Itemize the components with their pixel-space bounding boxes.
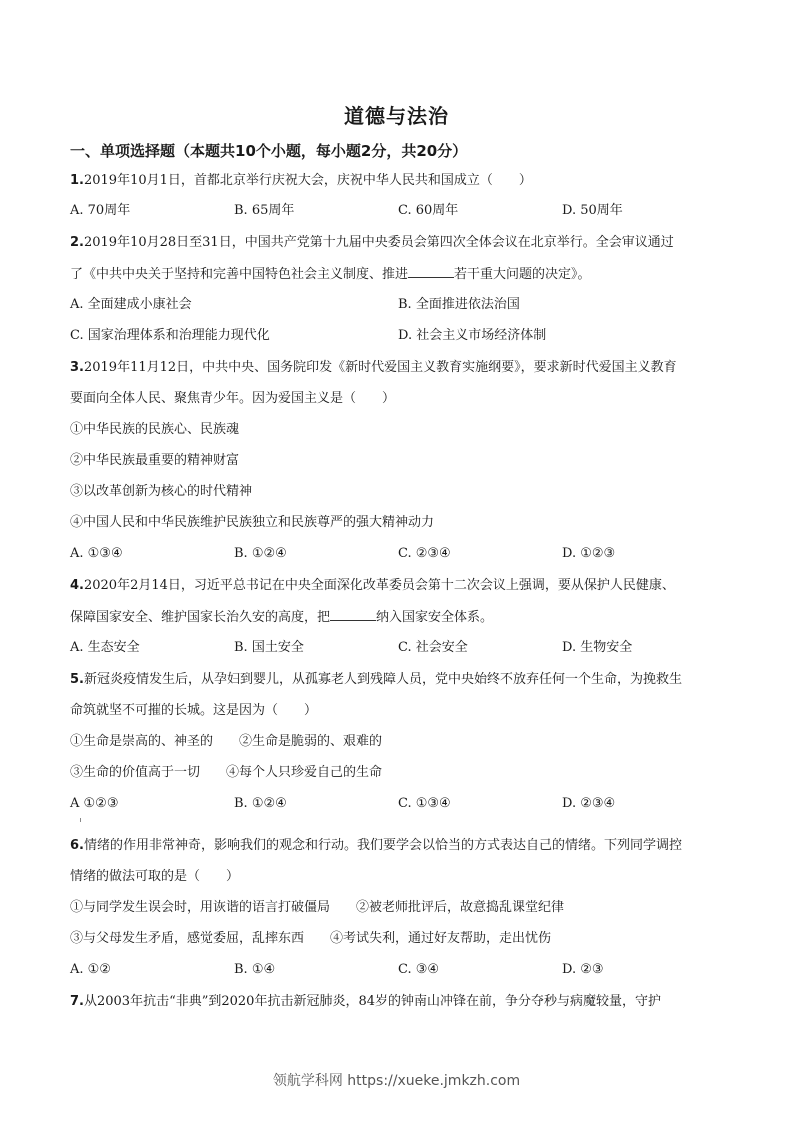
question-1-line-1: 1.2019年10月1日，首都北京举行庆祝大会，庆祝中华人民共和国成立（ ） <box>70 172 532 190</box>
question-3-line-1: 3.2019年11月12日，中共中央、国务院印发《新时代爱国主义教育实施纲要》，… <box>70 359 677 377</box>
q2-option-b: B. 全面推进依法治国 <box>398 296 520 314</box>
question-text: 2019年10月28日至31日，中国共产党第十九届中央委员会第四次全体会议在北京… <box>84 235 674 250</box>
question-text: 纳入国家安全体系。 <box>376 610 493 625</box>
q3-statement-1: ①中华民族的民族心、民族魂 <box>70 421 239 439</box>
q3-option-b: B. ①②④ <box>234 545 287 563</box>
question-text: 新冠炎疫情发生后，从孕妇到婴儿，从孤寡老人到残障人员，党中央始终不放弃任何一个生… <box>84 672 682 687</box>
question-number: 2. <box>70 235 84 250</box>
q4-option-a: A. 生态安全 <box>70 639 140 657</box>
question-text: 了《中共中央关于坚持和完善中国特色社会主义制度、推进 <box>70 267 408 282</box>
question-6-line-1: 6.情绪的作用非常神奇，影响我们的观念和行动。我们要学会以恰当的方式表达自己的情… <box>70 837 682 855</box>
q6-option-b: B. ①④ <box>234 961 275 979</box>
q3-statement-3: ③以改革创新为核心的时代精神 <box>70 483 252 501</box>
question-text: 若干重大问题的决定》。 <box>454 267 591 282</box>
document-page: 道德与法治 一、单项选择题（本题共10个小题，每小题2分，共20分） 1.201… <box>0 0 793 1122</box>
question-number: 5. <box>70 672 84 687</box>
question-number: 7. <box>70 994 84 1009</box>
document-title: 道德与法治 <box>0 100 793 129</box>
question-number: 1. <box>70 173 84 188</box>
question-6-line-2: 情绪的做法可取的是（ ） <box>70 868 239 886</box>
q3-option-c: C. ②③④ <box>398 545 451 563</box>
question-5-line-1: 5.新冠炎疫情发生后，从孕妇到婴儿，从孤寡老人到残障人员，党中央始终不放弃任何一… <box>70 671 682 689</box>
q5-option-a: A ①②③ <box>70 795 118 813</box>
q6-option-a: A. ①② <box>70 961 111 979</box>
q4-option-d: D. 生物安全 <box>562 639 632 657</box>
question-text: 2019年11月12日，中共中央、国务院印发《新时代爱国主义教育实施纲要》，要求… <box>84 360 677 375</box>
q5-statement-2: ③生命的价值高于一切 ④每个人只珍爱自己的生命 <box>70 764 382 782</box>
fill-blank <box>408 265 454 278</box>
question-text: 保障国家安全、维护国家长治久安的高度，把 <box>70 610 330 625</box>
fill-blank <box>330 608 376 621</box>
q6-option-d: D. ②③ <box>562 961 604 979</box>
q3-statement-2: ②中华民族最重要的精神财富 <box>70 452 239 470</box>
q2-option-c: C. 国家治理体系和治理能力现代化 <box>70 327 270 345</box>
q1-option-d: D. 50周年 <box>562 202 623 220</box>
q6-statement-2: ③与父母发生矛盾，感觉委屈，乱摔东西 ④考试失利，通过好友帮助，走出忧伤 <box>70 930 551 948</box>
question-3-line-2: 要面向全体人民、聚焦青少年。因为爱国主义是（ ） <box>70 390 395 408</box>
q1-option-a: A. 70周年 <box>70 202 130 220</box>
question-2-line-2: 了《中共中央关于坚持和完善中国特色社会主义制度、推进若干重大问题的决定》。 <box>70 265 591 284</box>
q5-statement-1: ①生命是崇高的、神圣的 ②生命是脆弱的、艰难的 <box>70 733 382 751</box>
question-7-line-1: 7.从2003年抗击“非典”到2020年抗击新冠肺炎，84岁的钟南山冲锋在前，争… <box>70 993 661 1011</box>
q3-option-d: D. ①②③ <box>562 545 615 563</box>
question-4-line-2: 保障国家安全、维护国家长治久安的高度，把纳入国家安全体系。 <box>70 608 493 627</box>
question-text: 从2003年抗击“非典”到2020年抗击新冠肺炎，84岁的钟南山冲锋在前，争分夺… <box>84 994 661 1009</box>
q6-statement-1: ①与同学发生误会时，用诙谐的语言打破僵局 ②被老师批评后，故意捣乱课堂纪律 <box>70 899 564 917</box>
question-text: 情绪的作用非常神奇，影响我们的观念和行动。我们要学会以恰当的方式表达自己的情绪。… <box>84 838 682 853</box>
question-text: 2020年2月14日，习近平总书记在中央全面深化改革委员会第十二次会议上强调，要… <box>84 578 675 593</box>
question-2-line-1: 2.2019年10月28日至31日，中国共产党第十九届中央委员会第四次全体会议在… <box>70 234 674 252</box>
section-heading: 一、单项选择题（本题共10个小题，每小题2分，共20分） <box>70 140 467 161</box>
q5-option-b: B. ①②④ <box>234 795 287 813</box>
q3-statement-4: ④中国人民和中华民族维护民族独立和民族尊严的强大精神动力 <box>70 514 434 532</box>
footer-watermark: 领航学科网 https://xueke.jmkzh.com <box>0 1070 793 1090</box>
q5-option-d: D. ②③④ <box>562 795 615 813</box>
question-number: 3. <box>70 360 84 375</box>
stray-mark <box>80 818 81 822</box>
q5-option-c: C. ①③④ <box>398 795 451 813</box>
question-5-line-2: 命筑就坚不可摧的长城。这是因为（ ） <box>70 702 317 720</box>
question-number: 4. <box>70 578 84 593</box>
q3-option-a: A. ①③④ <box>70 545 123 563</box>
question-4-line-1: 4.2020年2月14日，习近平总书记在中央全面深化改革委员会第十二次会议上强调… <box>70 577 675 595</box>
q1-option-c: C. 60周年 <box>398 202 458 220</box>
question-text: 2019年10月1日，首都北京举行庆祝大会，庆祝中华人民共和国成立（ ） <box>84 173 532 188</box>
q2-option-a: A. 全面建成小康社会 <box>70 296 192 314</box>
q4-option-c: C. 社会安全 <box>398 639 468 657</box>
q1-option-b: B. 65周年 <box>234 202 294 220</box>
q6-option-c: C. ③④ <box>398 961 439 979</box>
q2-option-d: D. 社会主义市场经济体制 <box>398 327 546 345</box>
q4-option-b: B. 国土安全 <box>234 639 304 657</box>
question-number: 6. <box>70 838 84 853</box>
